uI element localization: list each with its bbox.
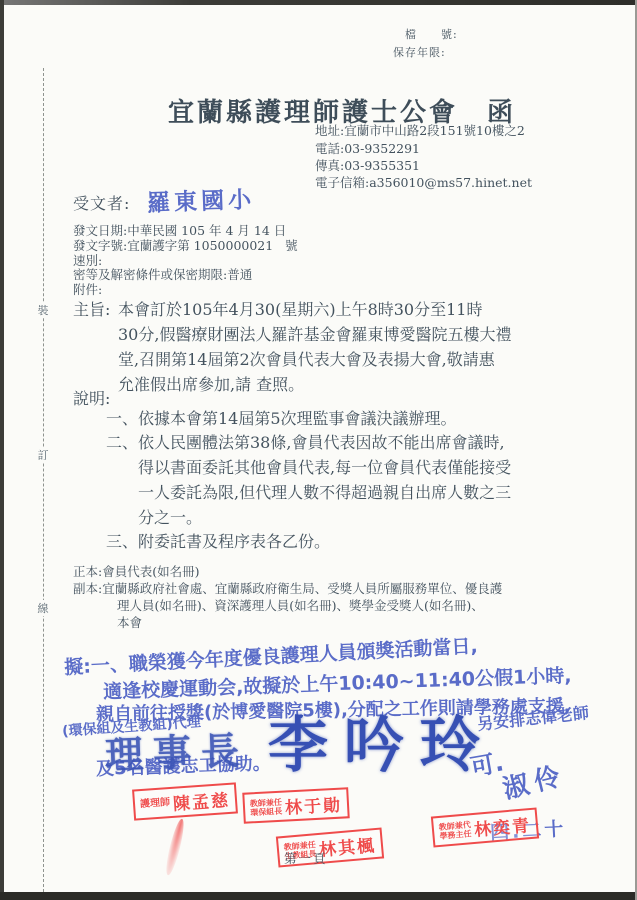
scan-edge-left	[0, 0, 4, 900]
stamp-nurse-chen-name: 陳孟慈	[172, 786, 231, 815]
org-email: 電子信箱:a356010@ms57.hinet.net	[315, 174, 532, 191]
copy-original: 正本:會員代表(如名冊)	[73, 565, 199, 580]
copy-cc-line-3: 本會	[117, 616, 142, 631]
explanation-item-2-line-3: 一人委託為限,但代理人數不得超過親自出席人數之三	[138, 480, 511, 505]
explanation-item-2-line-4: 分之一。	[138, 505, 202, 530]
copy-cc-line-2: 理人員(如名冊)、資深護理人員(如名冊)、獎學金受獎人(如名冊)、	[117, 599, 484, 614]
file-number-label: 檔 號:	[405, 26, 458, 42]
subject-line-4: 允准假出席參加,請 查照。	[118, 372, 304, 397]
scanned-letter-page: 裝 訂 線 檔 號: 保存年限: 宜蘭縣護理師護士公會 函 地址:宜蘭市中山路2…	[0, 0, 637, 900]
explanation-item-2-line-2: 得以書面委託其他會員代表,每一位會員代表僅能接受	[138, 455, 511, 480]
explanation-label: 說明:	[73, 386, 110, 411]
explanation-item-3: 三、附委託書及程序表各乙份。	[106, 529, 330, 554]
red-ink-smudge	[163, 818, 187, 877]
issue-date: 發文日期:中華民國 105 年 4 月 14 日	[73, 224, 286, 239]
org-address: 地址:宜蘭市中山路2段151號10樓之2	[315, 122, 525, 139]
retention-label: 保存年限:	[393, 44, 446, 60]
chairman-title-stamp: 理事長	[104, 720, 250, 780]
binding-char-zhuang: 裝	[36, 302, 50, 318]
chairman-signature: 李吟玲	[268, 698, 496, 784]
scan-edge-top	[0, 0, 637, 5]
subject-line-2: 30分,假醫療財團法人羅許基金會羅東博愛醫院五樓大禮	[118, 322, 511, 347]
stamp-title-line: 環保組長	[250, 806, 282, 817]
copy-cc-line-1: 副本:宜蘭縣政府社會處、宜蘭縣政府衛生局、受獎人員所屬服務單位、優良護	[73, 582, 502, 597]
subject-line-3: 堂,召開第14屆第2次會員代表大會及表揚大會,敬請惠	[118, 347, 495, 372]
stamp-nurse-chen: 護理師 陳孟慈	[132, 782, 238, 820]
stamp-nurse-chen-title: 護理師	[140, 797, 171, 810]
explanation-item-1: 一、依據本會第14屆第5次理監事會議決議辦理。	[106, 406, 457, 431]
subject-label: 主旨:	[73, 297, 110, 322]
binding-char-xian: 線	[36, 600, 50, 616]
stamp-teacher-lin-yiqing-name: 林奕青	[473, 811, 532, 841]
subject-line-1: 本會訂於105年4月30(星期六)上午8時30分至11時	[118, 297, 482, 322]
stamp-teacher-lin-yuxun: 教師兼任環保組長 林于勛	[242, 787, 349, 824]
recipient-handwritten: 羅東國小	[146, 181, 255, 218]
page-number: 第一頁	[284, 849, 328, 867]
scan-edge-bottom	[0, 892, 637, 900]
security-label: 密等及解密條件或保密期限:普通	[73, 268, 252, 283]
org-fax: 傳真:03-9355351	[315, 157, 420, 174]
doc-number: 發文字號:宜蘭護字第 1050000021 號	[73, 239, 298, 254]
stamp-teacher-lin-yuxun-name: 林于勛	[284, 791, 342, 819]
attachment-label: 附件:	[73, 283, 102, 298]
recipient-label: 受文者:	[73, 191, 130, 214]
org-phone: 電話:03-9352291	[315, 140, 420, 157]
stamp-teacher-lin-yuxun-title: 教師兼任環保組長	[250, 797, 283, 817]
binding-dashed-line	[43, 68, 44, 892]
explanation-item-2-line-1: 二、依人民團體法第38條,會員代表因故不能出席會議時,	[106, 430, 505, 455]
stamp-title-line: 學務主任	[439, 829, 472, 841]
approval-signature: 淑伶	[498, 755, 569, 806]
stamp-teacher-lin-yiqing-title: 教師兼代學務主任	[438, 820, 471, 841]
binding-char-ding: 訂	[36, 447, 50, 463]
